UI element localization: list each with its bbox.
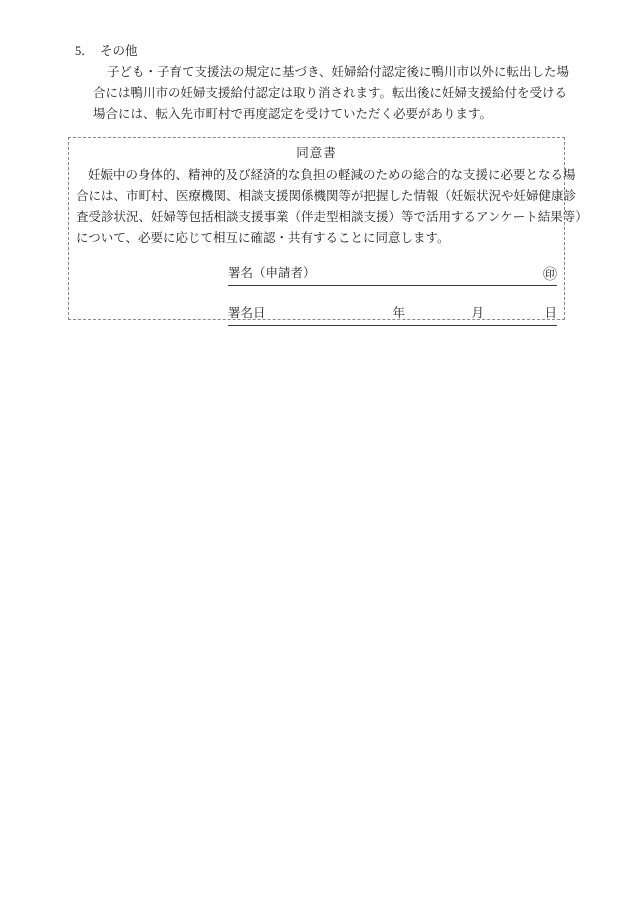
seal-icon: ㊞ [543,268,557,284]
paragraph-line: 合には鴨川市の妊婦支援給付認定は取り消されます。転出後に妊婦支援給付を受ける [93,83,630,104]
paragraph-line: 子ども・子育て支援法の規定に基づき、妊婦給付認定後に鴨川市以外に転出した場 [107,62,630,83]
document-page: 5． その他 子ども・子育て支援法の規定に基づき、妊婦給付認定後に鴨川市以外に転… [0,0,630,903]
consent-body-line: について、必要に応じて相互に確認・共有することに同意します。 [76,228,557,249]
consent-body-line: 査受診状況、妊婦等包括相談支援事業（伴走型相談支援）等で活用するアンケート結果等… [76,207,557,228]
section-heading: 5． その他 [75,41,630,62]
consent-body-line: 妊娠中の身体的、精神的及び経済的な負担の軽減のための総合的な支援に必要となる場 [76,165,557,186]
section-paragraph: 子ども・子育て支援法の規定に基づき、妊婦給付認定後に鴨川市以外に転出した場 合に… [0,62,630,125]
consent-title: 同意書 [76,143,557,164]
consent-box: 同意書 妊娠中の身体的、精神的及び経済的な負担の軽減のための総合的な支援に必要と… [68,137,565,320]
year-label: 年 [392,303,405,324]
section-other: 5． その他 子ども・子育て支援法の規定に基づき、妊婦給付認定後に鴨川市以外に転… [0,0,630,125]
consent-body-line: 合には、市町村、医療機関、相談支援関係機関等が把握した情報（妊娠状況や妊婦健康診 [76,186,557,207]
paragraph-line: 場合には、転入先市町村で再度認定を受けていただく必要があります。 [93,104,630,125]
day-label: 日 [544,303,557,324]
signature-label: 署名（申請者） [228,263,316,284]
date-label: 署名日 [228,303,266,324]
signature-line: 署名（申請者） ㊞ [228,263,557,286]
month-label: 月 [472,303,485,324]
consent-body: 妊娠中の身体的、精神的及び経済的な負担の軽減のための総合的な支援に必要となる場 … [76,165,557,249]
signature-date-line: 署名日 年 月 日 [228,303,557,326]
